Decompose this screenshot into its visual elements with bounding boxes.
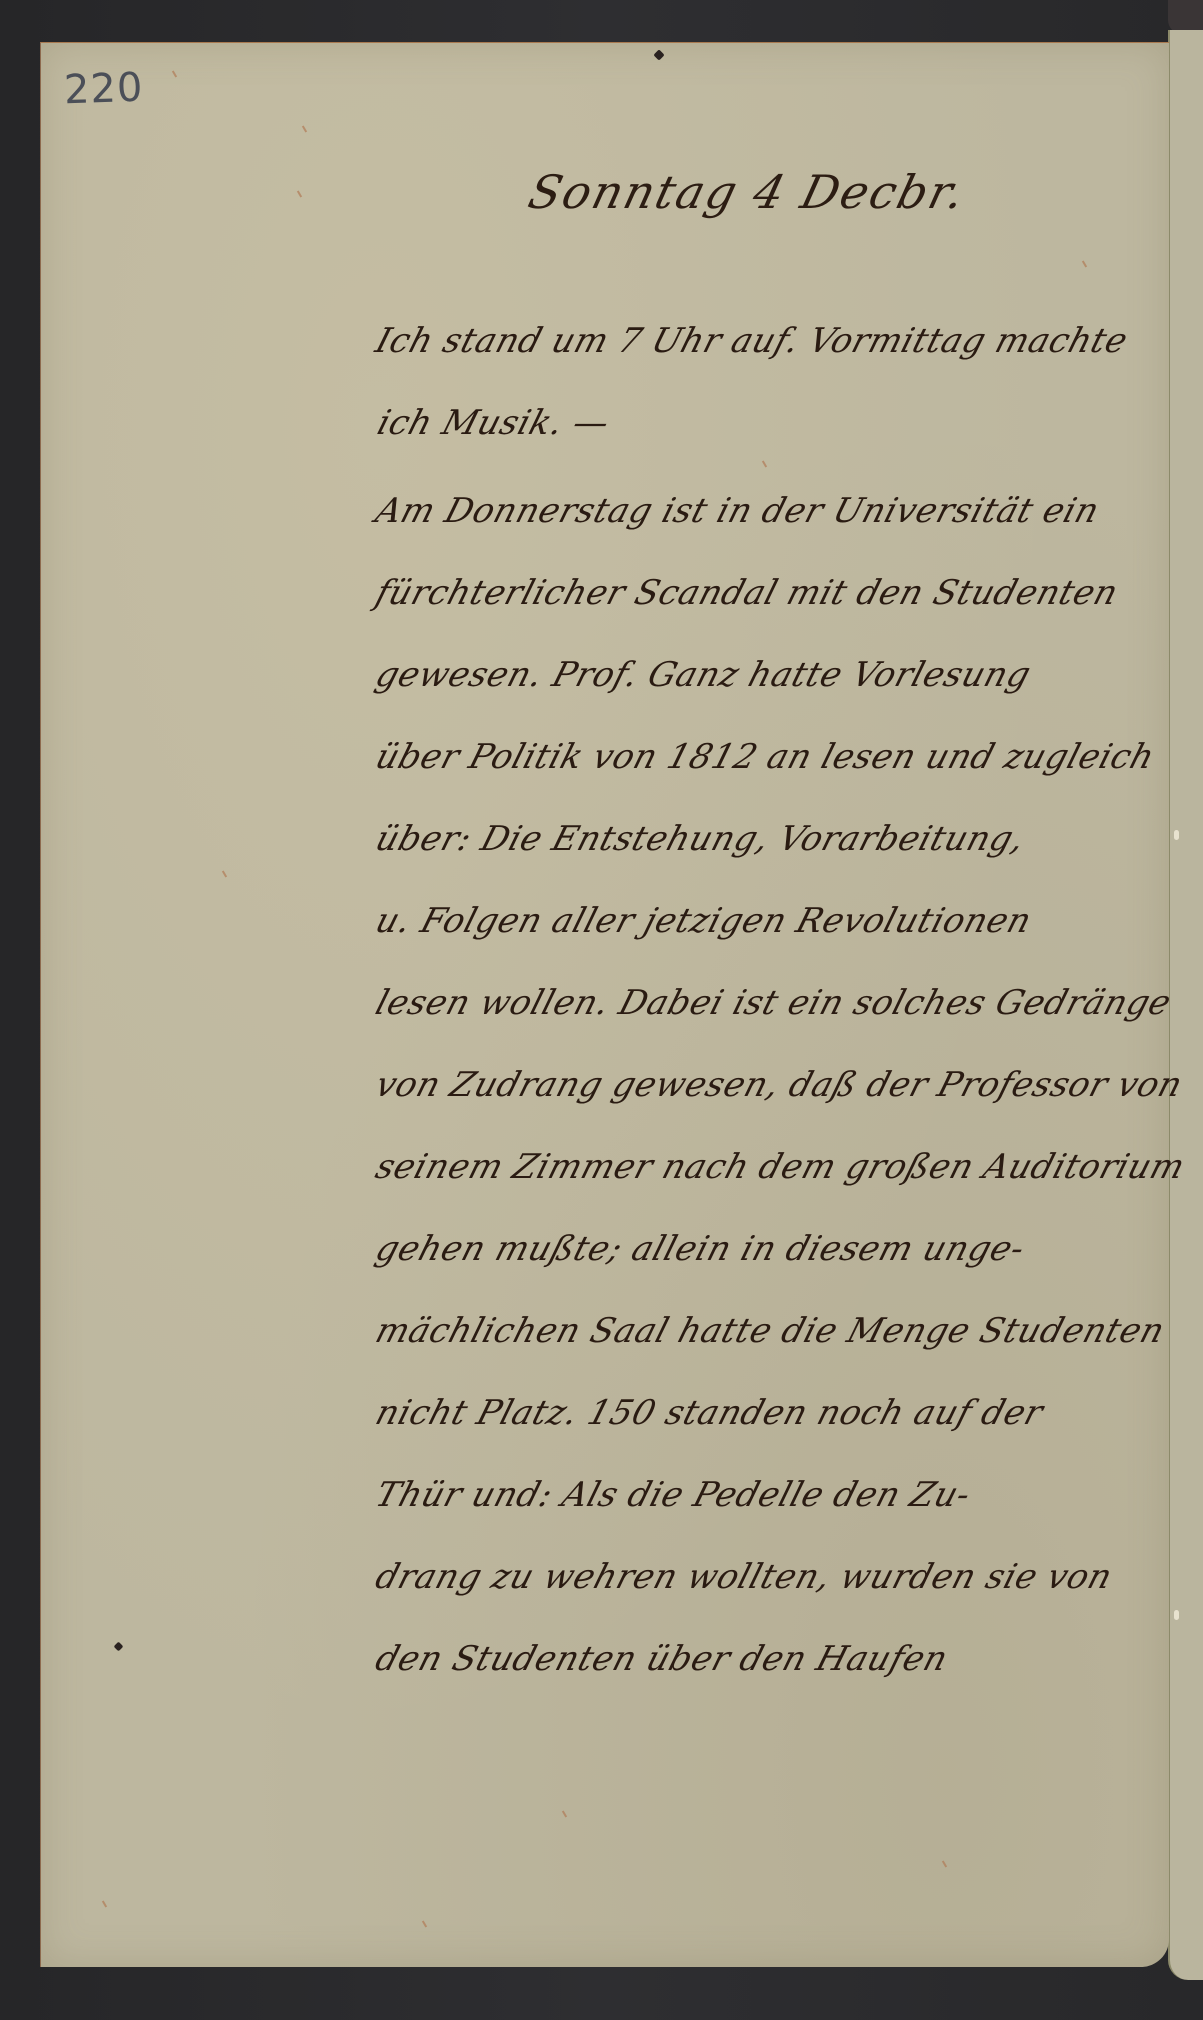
folio-number: 220 (63, 65, 144, 114)
paper-fibre (422, 1920, 427, 1927)
diary-entry-heading: Sonntag 4 Decbr. (523, 165, 972, 219)
text-line: lesen wollen. Dabei ist ein solches Gedr… (365, 962, 1109, 1044)
text-line: gehen mußte; allein in diesem unge- (365, 1208, 1109, 1290)
paper-fibre (297, 190, 302, 197)
manuscript-text: Ich stand um 7 Uhr auf. Vormittag machte… (365, 300, 1085, 1700)
text-line: drang zu wehren wollten, wurden sie von (365, 1536, 1109, 1618)
text-line: nicht Platz. 150 standen noch auf der (365, 1372, 1109, 1454)
paper-fibre (1082, 260, 1087, 267)
text-line: mächlichen Saal hatte die Menge Studente… (365, 1290, 1109, 1372)
text-line: u. Folgen aller jetzigen Revolutionen (365, 880, 1109, 962)
text-line: Thür und: Als die Pedelle den Zu- (365, 1454, 1109, 1536)
gutter-tear (1174, 830, 1179, 840)
text-line: seinem Zimmer nach dem großen Auditorium (365, 1126, 1109, 1208)
text-line: ich Musik. — (365, 382, 1110, 470)
paper-fibre (172, 70, 177, 77)
text-line: über: Die Entstehung, Vorarbeitung, (365, 798, 1109, 880)
paper-fibre (102, 1900, 107, 1907)
paper-fibre (562, 1810, 567, 1817)
ink-spot (653, 49, 664, 60)
text-line: fürchterlicher Scandal mit den Studenten (365, 552, 1109, 634)
text-line: von Zudrang gewesen, daß der Professor v… (365, 1044, 1109, 1126)
text-line: über Politik von 1812 an lesen und zugle… (365, 716, 1109, 798)
text-line: gewesen. Prof. Ganz hatte Vorlesung (365, 634, 1109, 716)
paper-fibre (942, 1860, 947, 1867)
gutter-tear (1174, 1610, 1179, 1620)
binding-edge (1168, 0, 1203, 34)
paper-fibre (302, 125, 307, 132)
text-line: den Studenten über den Haufen (365, 1618, 1109, 1700)
ink-spot (114, 1642, 124, 1652)
adjacent-page-edge (1168, 30, 1203, 1980)
text-line: Ich stand um 7 Uhr auf. Vormittag machte (365, 300, 1109, 382)
text-line: Am Donnerstag ist in der Universität ein (365, 470, 1109, 552)
paper-fibre (222, 870, 227, 877)
